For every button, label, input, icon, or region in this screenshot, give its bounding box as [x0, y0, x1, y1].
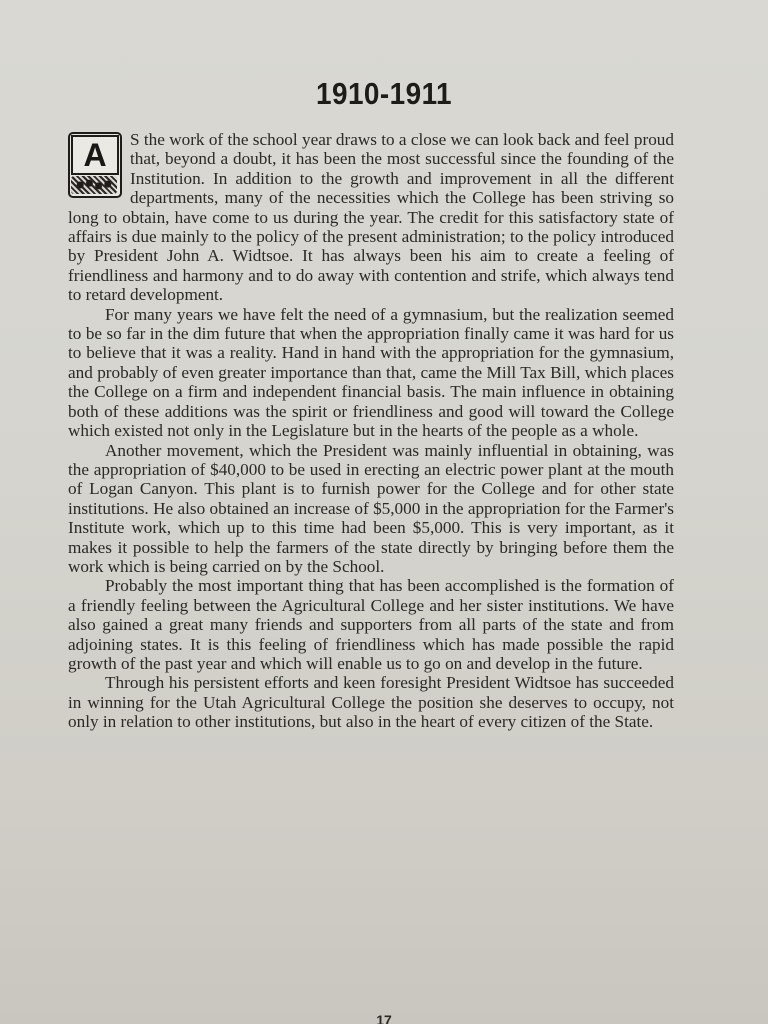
page-number: 17	[0, 1012, 768, 1024]
decorative-dropcap: A	[68, 132, 122, 196]
paragraph-3: Another movement, which the President wa…	[68, 441, 674, 577]
paragraph-1: A S the work of the school year draws to…	[68, 130, 674, 305]
paragraph-2: For many years we have felt the need of …	[68, 305, 674, 441]
paragraph-5: Through his persistent efforts and keen …	[68, 673, 674, 731]
floral-ornament-icon	[71, 176, 117, 194]
paragraph-4: Probably the most important thing that h…	[68, 576, 674, 673]
paragraph-1-text: S the work of the school year draws to a…	[68, 130, 674, 304]
dropcap-letter: A	[71, 135, 119, 175]
article-body: A S the work of the school year draws to…	[68, 130, 674, 732]
page-title: 1910-1911	[38, 76, 729, 112]
book-page: 1910-1911 A S the work of the school yea…	[0, 0, 768, 1024]
